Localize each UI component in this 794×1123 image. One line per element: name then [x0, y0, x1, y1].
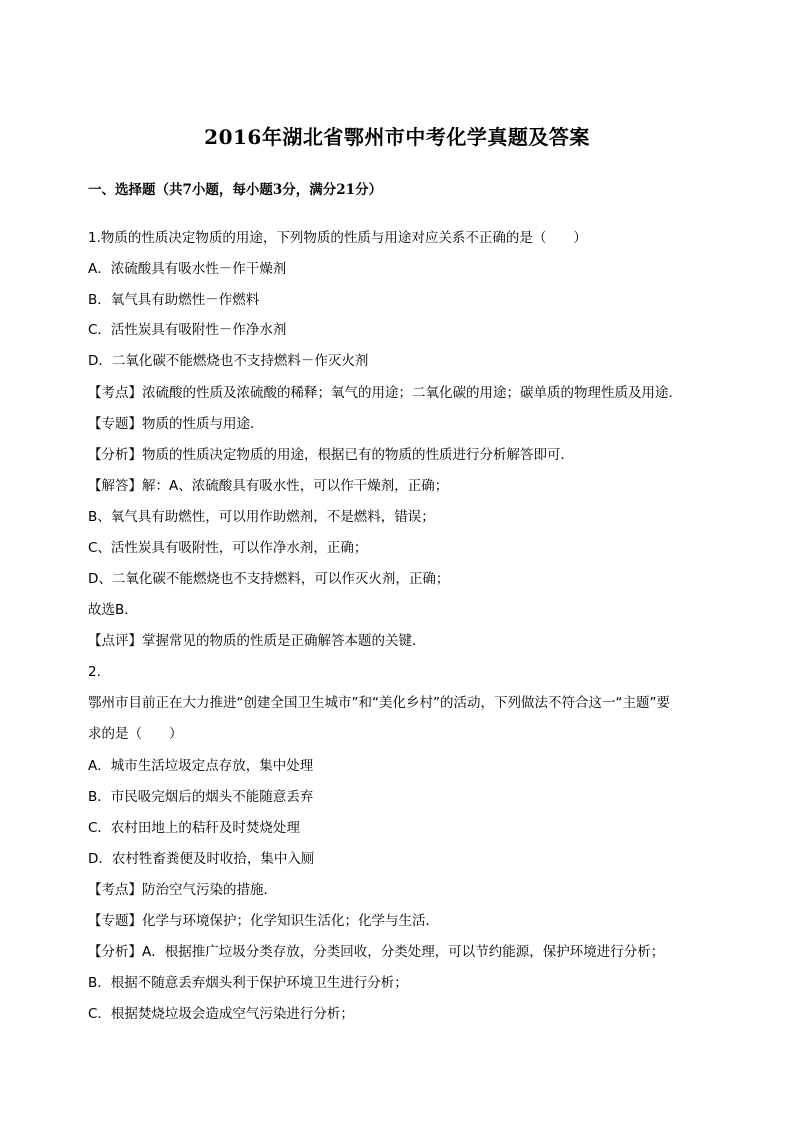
text-line: 【专题】化学与环境保护；化学知识生活化；化学与生活．	[88, 912, 439, 930]
document-title: 2016年湖北省鄂州市中考化学真题及答案	[0, 121, 794, 150]
text-line: D．农村牲畜粪便及时收拾，集中入厕	[88, 850, 314, 868]
text-line: C、活性炭具有吸附性，可以作净水剂，正确；	[88, 539, 367, 557]
text-line: C．活性炭具有吸附性－作净水剂	[88, 321, 286, 339]
text-line: 1.物质的性质决定物质的用途，下列物质的性质与用途对应关系不正确的是（ ）	[88, 229, 587, 247]
text-line: 故选B．	[88, 601, 138, 619]
section-heading: 一、选择题（共7小题，每小题3分，满分21分）	[88, 178, 382, 198]
text-line: B．氧气具有助燃性－作燃料	[88, 291, 259, 309]
text-line: B．根据不随意丢弃烟头利于保护环境卫生进行分析；	[88, 974, 408, 992]
text-line: 【点评】掌握常见的物质的性质是正确解答本题的关键．	[88, 632, 426, 650]
text-line: C．农村田地上的秸秆及时焚烧处理	[88, 819, 300, 837]
text-line: 求的是（ ）	[88, 725, 183, 743]
text-line: 【分析】物质的性质决定物质的用途，根据已有的物质的性质进行分析解答即可．	[88, 446, 574, 464]
text-line: A．浓硫酸具有吸水性－作干燥剂	[88, 260, 286, 278]
text-line: 【解答】解：A、浓硫酸具有吸水性，可以作干燥剂，正确；	[88, 477, 448, 495]
text-line: 2.	[88, 663, 101, 681]
text-line: D、二氧化碳不能燃烧也不支持燃料，可以作灭火剂，正确；	[88, 570, 449, 588]
text-line: C．根据焚烧垃圾会造成空气污染进行分析；	[88, 1005, 354, 1023]
text-line: A．城市生活垃圾定点存放，集中处理	[88, 757, 313, 775]
text-line: 【考点】防治空气污染的措施．	[88, 881, 277, 899]
text-line: B．市民吸完烟后的烟头不能随意丢弃	[88, 788, 313, 806]
text-line: 鄂州市目前正在大力推进“创建全国卫生城市”和“美化乡村”的活动，下列做法不符合这…	[88, 694, 670, 712]
text-line: 【专题】物质的性质与用途．	[88, 415, 264, 433]
text-line: B、氧气具有助燃性，可以用作助燃剂，不是燃料，错误；	[88, 508, 435, 526]
text-line: 【分析】A．根据推广垃圾分类存放，分类回收，分类处理，可以节约能源，保护环境进行…	[88, 943, 664, 961]
text-line: D．二氧化碳不能燃烧也不支持燃料－作灭火剂	[88, 352, 368, 370]
text-line: 【考点】浓硫酸的性质及浓硫酸的稀释；氧气的用途；二氧化碳的用途；碳单质的物理性质…	[88, 384, 682, 402]
